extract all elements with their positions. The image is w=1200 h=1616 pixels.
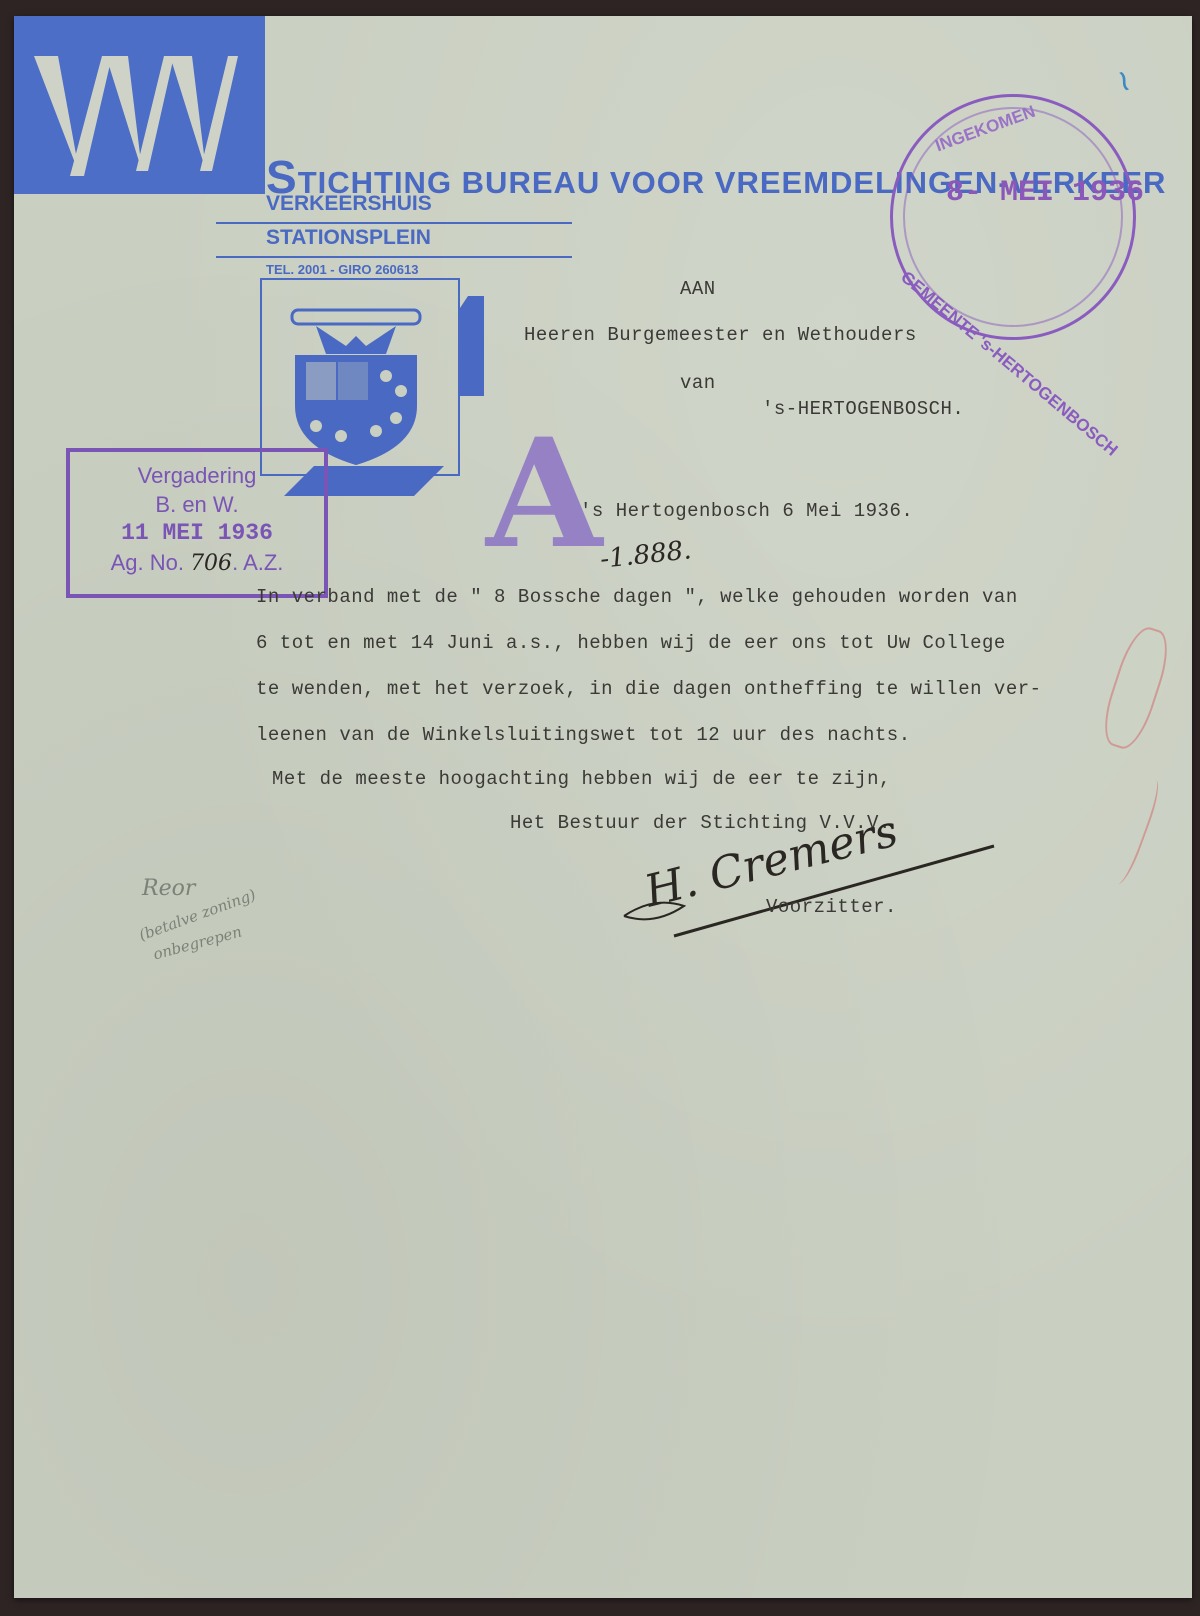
vvv-logo-icon [14, 16, 265, 194]
agenda-number-handwritten: 706 [190, 551, 232, 576]
addressee-aan: AAN [680, 278, 716, 300]
meeting-stamp-line-1: Vergadering [70, 462, 324, 491]
addressee-recipient: Heeren Burgemeester en Wethouders [524, 324, 917, 346]
red-pencil-stroke [1106, 776, 1164, 887]
meeting-stamp-line-2: B. en W. [70, 491, 324, 520]
blue-pencil-mark: ~ [1099, 64, 1147, 100]
body-line-4: leenen van de Winkelsluitingswet tot 12 … [256, 724, 911, 746]
body-line-2: 6 tot en met 14 Juni a.s., hebben wij de… [256, 632, 1006, 654]
letter-page: STICHTING BUREAU VOOR VREEMDELINGEN-VERK… [14, 16, 1192, 1598]
signature-flourish [614, 836, 1014, 946]
red-pencil-mark [1096, 622, 1176, 754]
received-stamp: INGEKOMEN GEMEENTE 's-HERTOGENBOSCH [890, 94, 1136, 340]
coat-of-arms-icon [286, 306, 426, 466]
body-line-1: In verband met de " 8 Bossche dagen ", w… [256, 586, 1018, 608]
emblem-shadow-right [444, 296, 484, 396]
contact-line: TEL. 2001 - GIRO 260613 [266, 262, 418, 277]
body-line-3: te wenden, met het verzoek, in die dagen… [256, 678, 1042, 700]
meeting-stamp-agenda: Ag. No. 706. A.Z. [70, 549, 324, 579]
closing-line: Met de meeste hoogachting hebben wij de … [272, 768, 891, 790]
divider [216, 222, 572, 224]
signatory-title: Voorzitter. [766, 896, 897, 918]
addressee-city: 's-HERTOGENBOSCH. [762, 398, 964, 420]
meeting-stamp-date: 11 MEI 1936 [70, 519, 324, 549]
large-stamp-letter: A [486, 406, 602, 582]
addressee-van: van [680, 372, 716, 394]
received-stamp-date: 8- MEI 1936 [946, 176, 1144, 210]
handwritten-number: -1.888. [599, 535, 693, 574]
pencil-note-line-1: Reor [142, 876, 195, 901]
address-line-2: STATIONSPLEIN [266, 226, 431, 250]
address-line-1: VERKEERSHUIS [266, 192, 432, 216]
vvv-logo [14, 16, 265, 194]
date-line: 's Hertogenbosch 6 Mei 1936. [580, 500, 913, 522]
meeting-stamp: Vergadering B. en W. 11 MEI 1936 Ag. No.… [66, 448, 328, 598]
divider [216, 256, 572, 258]
